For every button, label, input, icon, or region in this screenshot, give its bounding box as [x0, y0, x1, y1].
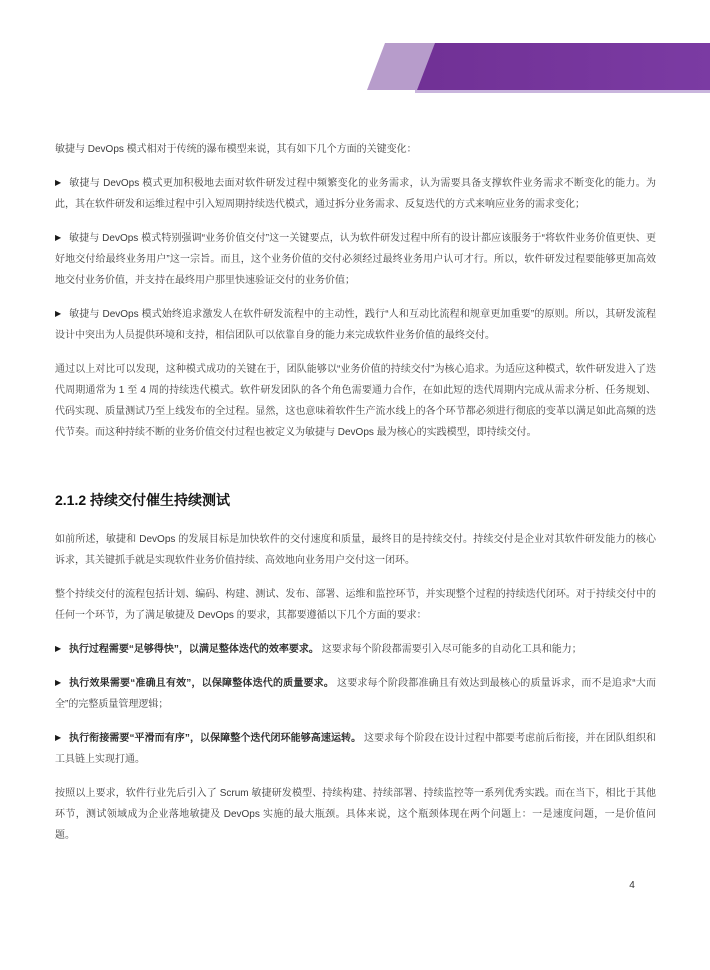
devops-bullet-2: ▶ 敏捷与 DevOps 模式特别强调“业务价值交付”这一关键要点，认为软件研发…	[55, 228, 656, 291]
requirement-bullet-2: ▶ 执行效果需要“准确且有效”，以保障整体迭代的质量要求。 这要求每个阶段都准确…	[55, 673, 656, 715]
header-banner: 持续测试白皮书 v2.0	[0, 43, 710, 93]
bullet-text: 敏捷与 DevOps 模式更加积极地去面对软件研发过程中频繁变化的业务需求，认为…	[55, 178, 656, 210]
process-text: 整个持续交付的流程包括计划、编码、构建、测试、发布、部署、运维和监控环节，并实现…	[55, 589, 656, 621]
bullet-bold-text: 执行过程需要“足够得快”，以满足整体迭代的效率要求。	[69, 644, 319, 655]
foreword-text: 如前所述，敏捷和 DevOps 的发展目标是加快软件的交付速度和质量，最终目的是…	[55, 534, 656, 566]
summary-text: 通过以上对比可以发现，这种模式成功的关键在于，团队能够以“业务价值的持续交付”为…	[55, 364, 656, 438]
bullet-text: 敏捷与 DevOps 模式特别强调“业务价值交付”这一关键要点，认为软件研发过程…	[55, 233, 656, 286]
summary-paragraph: 通过以上对比可以发现，这种模式成功的关键在于，团队能够以“业务价值的持续交付”为…	[55, 359, 656, 443]
devops-bullet-3: ▶ 敏捷与 DevOps 模式始终追求激发人在软件研发流程中的主动性，践行“人和…	[55, 304, 656, 346]
banner-content: 持续测试白皮书 v2.0	[237, 57, 365, 77]
triangle-bullet-icon: ▶	[55, 172, 61, 193]
requirement-bullet-3: ▶ 执行衔接需要“平滑而有序”，以保障整个迭代闭环能够高速运转。 这要求每个阶段…	[55, 728, 656, 770]
foreword-paragraph: 如前所述，敏捷和 DevOps 的发展目标是加快软件的交付速度和质量，最终目的是…	[55, 529, 656, 571]
document-title: 持续测试白皮书	[237, 59, 325, 75]
document-page: 持续测试白皮书 v2.0 敏捷与 DevOps 模式相对于传统的瀑布模型来说，其…	[0, 0, 710, 970]
process-paragraph: 整个持续交付的流程包括计划、编码、构建、测试、发布、部署、运维和监控环节，并实现…	[55, 584, 656, 626]
bullet-bold-text: 执行衔接需要“平滑而有序”，以保障整个迭代闭环能够高速运转。	[69, 733, 361, 744]
banner-main: 持续测试白皮书 v2.0	[0, 43, 710, 90]
triangle-bullet-icon: ▶	[55, 638, 61, 659]
intro-text: 敏捷与 DevOps 模式相对于传统的瀑布模型来说，其有如下几个方面的关键变化：	[55, 144, 417, 155]
intro-paragraph: 敏捷与 DevOps 模式相对于传统的瀑布模型来说，其有如下几个方面的关键变化：	[55, 139, 656, 160]
triangle-bullet-icon: ▶	[55, 672, 61, 693]
bullet-text: 敏捷与 DevOps 模式始终追求激发人在软件研发流程中的主动性，践行“人和互动…	[55, 309, 656, 341]
devops-bullet-1: ▶ 敏捷与 DevOps 模式更加积极地去面对软件研发过程中频繁变化的业务需求，…	[55, 173, 656, 215]
triangle-bullet-icon: ▶	[55, 227, 61, 248]
version-badge: v2.0	[333, 57, 366, 77]
banner-underline-strip	[415, 90, 710, 93]
bullet-rest-text: 这要求每个阶段都需要引入尽可能多的自动化工具和能力；	[322, 644, 582, 655]
triangle-bullet-icon: ▶	[55, 303, 61, 324]
page-number: 4	[622, 880, 642, 891]
bullet-bold-text: 执行效果需要“准确且有效”，以保障整体迭代的质量要求。	[69, 678, 334, 689]
section-heading: 2.1.2 持续交付催生持续测试	[55, 490, 656, 510]
requirement-bullet-1: ▶ 执行过程需要“足够得快”，以满足整体迭代的效率要求。 这要求每个阶段都需要引…	[55, 639, 656, 660]
page-content: 敏捷与 DevOps 模式相对于传统的瀑布模型来说，其有如下几个方面的关键变化：…	[55, 139, 656, 859]
triangle-bullet-icon: ▶	[55, 727, 61, 748]
closing-paragraph: 按照以上要求，软件行业先后引入了 Scrum 敏捷研发模型、持续构建、持续部署、…	[55, 783, 656, 846]
closing-text: 按照以上要求，软件行业先后引入了 Scrum 敏捷研发模型、持续构建、持续部署、…	[55, 788, 656, 841]
